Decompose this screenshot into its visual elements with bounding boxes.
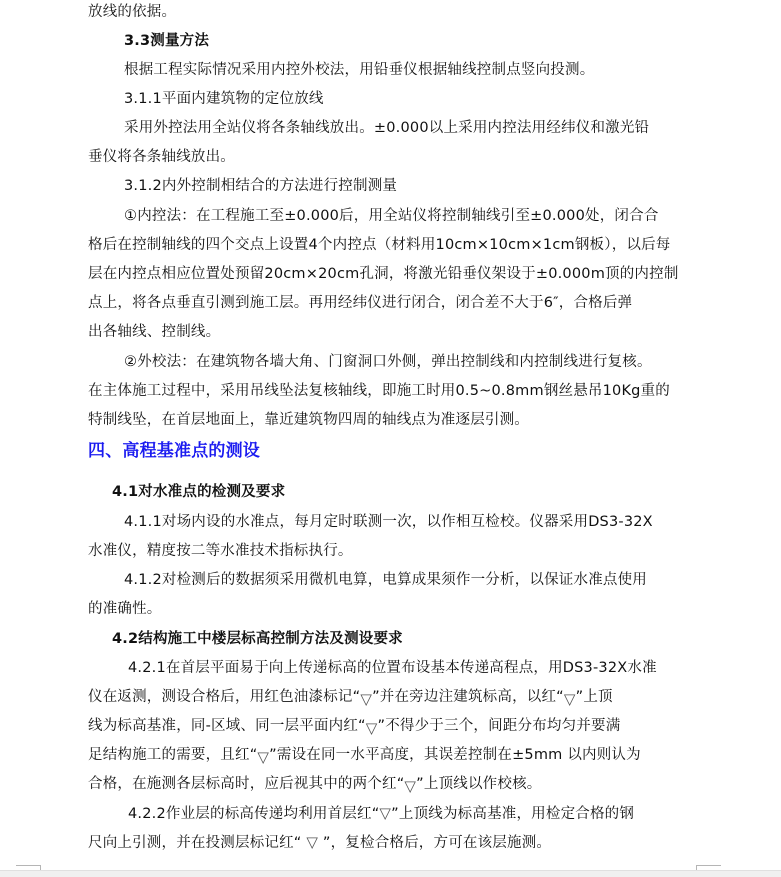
paragraph-line: 格后在控制轴线的四个交点上设置4个内控点（材料用10cm×10cm×1cm钢板）…	[88, 235, 700, 255]
text-run: 仪在返测，测设合格后，用红色油漆标记“	[88, 689, 360, 705]
text-run: ”并在旁边注建筑标高，以红“	[372, 689, 564, 705]
paragraph-line: 特制线坠，在首层地面上，靠近建筑物四周的轴线点为准逐层引测。	[88, 410, 700, 430]
paragraph-line: 4.2.2作业层的标高传递均利用首层红“▽”上顶线为标高基准，用检定合格的钢	[128, 803, 740, 824]
paragraph-line: 足结构施工的需要，且红“▽”需设在同一水平高度，其误差控制在±5mm 以内则认为	[88, 745, 700, 767]
paragraph-line: 4.1.1对场内设的水准点，每月定时联测一次，以作相互检校。仪器采用DS3-32…	[124, 512, 736, 532]
text-run: 尺向上引测，并在投测层标记红“	[88, 835, 306, 851]
paragraph-line: 合格，在施测各层标高时，应后视其中的两个红“▽”上顶线以作校核。	[88, 774, 700, 796]
paragraph-line: 在主体施工过程中，采用吊线坠法复核轴线，即施工时用0.5~0.8mm钢丝悬吊10…	[88, 381, 700, 401]
paragraph-line: 尺向上引测，并在投测层标记红“ ▽ ”，复检合格后，方可在该层施测。	[88, 832, 700, 853]
section-heading-4-1: 4.1对水准点的检测及要求	[112, 482, 724, 502]
document-page: 放线的依据。 3.3测量方法 根据工程实际情况采用内控外校法，用铅垂仪根据轴线控…	[0, 0, 781, 870]
paragraph-line: 出各轴线、控制线。	[88, 322, 700, 342]
text-run: ”上顶线为标高基准，用检定合格的钢	[391, 806, 634, 822]
paragraph-line: 根据工程实际情况采用内控外校法，用铅垂仪根据轴线控制点竖向投测。	[124, 60, 736, 80]
section-heading-4-2: 4.2结构施工中楼层标高控制方法及测设要求	[112, 629, 724, 649]
paragraph-line: 4.1.2对检测后的数据须采用微机电算，电算成果须作一分析，以保证水准点使用	[124, 570, 736, 590]
text-run: 合格，在施测各层标高时，应后视其中的两个红“	[88, 776, 404, 792]
elevation-mark-icon: ▽	[564, 689, 576, 709]
elevation-mark-icon: ▽	[257, 747, 269, 767]
paragraph-line: 采用外控法用全站仪将各条轴线放出。±0.000以上采用内控法用经纬仪和激光铅	[124, 118, 736, 138]
text-run: ”不得少于三个，间距分布均匀并要满	[378, 718, 621, 734]
paragraph-line: 水准仪，精度按二等水准技术指标执行。	[88, 541, 700, 561]
elevation-mark-icon: ▽	[366, 718, 378, 738]
paragraph-line: 的准确性。	[88, 599, 700, 619]
paragraph-line: 线为标高基准，同-区域、同一层平面内红“▽”不得少于三个，间距分布均匀并要满	[88, 716, 700, 738]
text-run: 线为标高基准，同-区域、同一层平面内红“	[88, 718, 366, 734]
subsection-heading-3-1-1: 3.1.1平面内建筑物的定位放线	[124, 89, 736, 109]
paragraph-line: 点上，将各点垂直引测到施工层。再用经纬仪进行闭合，闭合差不大于6″，合格后弹	[88, 293, 700, 313]
paragraph-line: ①内控法：在工程施工至±0.000后，用全站仪将控制轴线引至±0.000处，闭合…	[124, 206, 736, 226]
paragraph-line: 放线的依据。	[88, 2, 700, 22]
text-run: ”上顶	[576, 689, 613, 705]
elevation-mark-icon: ▽	[379, 803, 391, 823]
elevation-mark-icon: ▽	[306, 832, 318, 852]
text-run: ”上顶线以作校核。	[416, 776, 541, 792]
paragraph-line: 垂仪将各条轴线放出。	[88, 147, 700, 167]
paragraph-line: 4.2.1在首层平面易于向上传递标高的位置布设基本传递高程点，用DS3-32X水…	[128, 658, 740, 678]
paragraph-line: 层在内控点相应位置处预留20cm×20cm孔洞，将激光铅垂仪架设于±0.000m…	[88, 264, 700, 284]
text-run: ”需设在同一水平高度，其误差控制在±5mm 以内则认为	[269, 747, 641, 763]
subsection-heading-3-1-2: 3.1.2内外控制相结合的方法进行控制测量	[124, 176, 736, 196]
text-run: ”，复检合格后，方可在该层施测。	[318, 835, 551, 851]
elevation-mark-icon: ▽	[404, 776, 416, 796]
text-run: 足结构施工的需要，且红“	[88, 747, 257, 763]
chapter-heading-4: 四、高程基准点的测设	[88, 441, 700, 461]
elevation-mark-icon: ▽	[360, 689, 372, 709]
paragraph-line: ②外校法：在建筑物各墙大角、门窗洞口外侧，弹出控制线和内控制线进行复核。	[124, 352, 736, 372]
text-run: 4.2.2作业层的标高传递均利用首层红“	[128, 806, 379, 822]
section-heading-3-3: 3.3测量方法	[124, 31, 736, 51]
page-gap	[0, 870, 781, 877]
paragraph-line: 仪在返测，测设合格后，用红色油漆标记“▽”并在旁边注建筑标高，以红“▽”上顶	[88, 687, 700, 709]
